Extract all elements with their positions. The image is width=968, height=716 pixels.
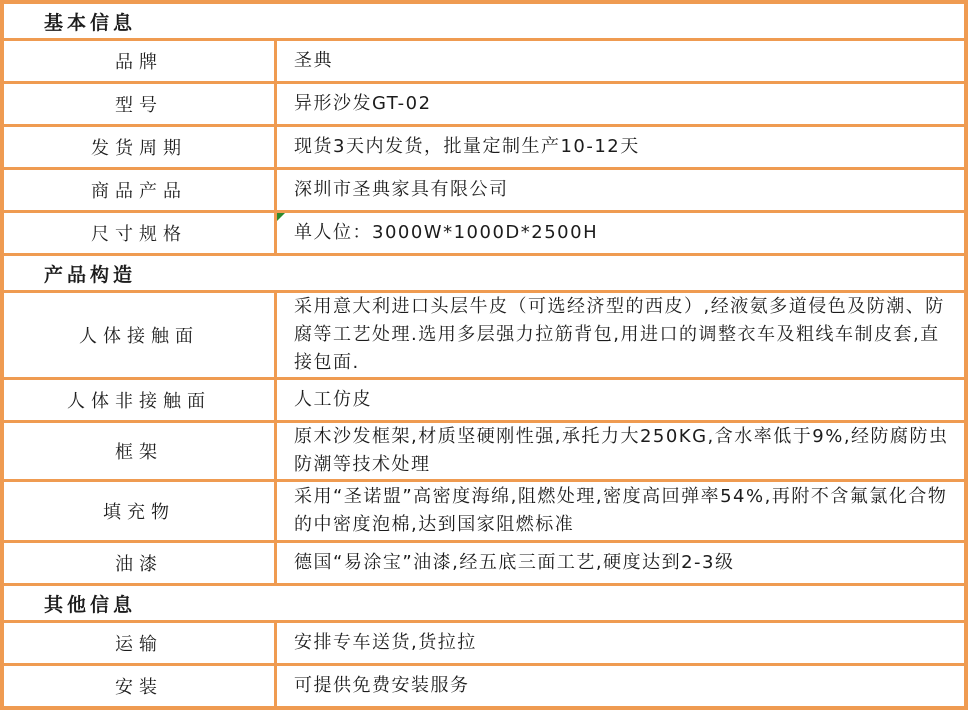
row-value-brand: 圣典 — [277, 41, 964, 81]
row-value-shipping: 安排专车送货,货拉拉 — [277, 623, 964, 663]
row-label-company: 商品产品 — [4, 170, 274, 210]
row-value-company: 深圳市圣典家具有限公司 — [277, 170, 964, 210]
row-label-contact-surface: 人体接触面 — [4, 293, 274, 377]
row-label-delivery-period: 发货周期 — [4, 127, 274, 167]
section-title: 产品构造 — [44, 260, 136, 287]
table-row: 发货周期 现货3天内发货，批量定制生产10-12天 — [4, 127, 964, 167]
row-label-paint: 油漆 — [4, 543, 274, 583]
row-label-shipping: 运输 — [4, 623, 274, 663]
row-value-installation: 可提供免费安装服务 — [277, 666, 964, 706]
table-row: 安装 可提供免费安装服务 — [4, 666, 964, 706]
row-label-dimensions: 尺寸规格 — [4, 213, 274, 253]
table-row: 品牌 圣典 — [4, 41, 964, 81]
row-label-filling: 填充物 — [4, 482, 274, 540]
row-label-frame: 框架 — [4, 423, 274, 479]
table-row: 型号 异形沙发GT-02 — [4, 84, 964, 124]
table-row: 尺寸规格 单人位：3000W*1000D*2500H — [4, 213, 964, 253]
table-row: 运输 安排专车送货,货拉拉 — [4, 623, 964, 663]
table-row: 填充物 采用“圣诺盟”高密度海绵,阻燃处理,密度高回弹率54%,再附不含氟氯化合… — [4, 482, 964, 540]
row-label-brand: 品牌 — [4, 41, 274, 81]
row-label-installation: 安装 — [4, 666, 274, 706]
table-row: 人体接触面 采用意大利进口头层牛皮（可选经济型的西皮）,经液氨多道侵色及防潮、防… — [4, 293, 964, 377]
table-row: 人体非接触面 人工仿皮 — [4, 380, 964, 420]
section-header-construction: 产品构造 — [4, 256, 964, 290]
cell-comment-indicator-icon — [277, 213, 285, 221]
row-value-frame: 原木沙发框架,材质坚硬刚性强,承托力大250KG,含水率低于9%,经防腐防虫防潮… — [277, 423, 964, 479]
section-title: 基本信息 — [44, 8, 136, 35]
row-value-dimensions: 单人位：3000W*1000D*2500H — [277, 213, 964, 253]
table-row: 油漆 德国“易涂宝”油漆,经五底三面工艺,硬度达到2-3级 — [4, 543, 964, 583]
row-label-non-contact-surface: 人体非接触面 — [4, 380, 274, 420]
row-value-contact-surface: 采用意大利进口头层牛皮（可选经济型的西皮）,经液氨多道侵色及防潮、防腐等工艺处理… — [277, 293, 964, 377]
row-label-model: 型号 — [4, 84, 274, 124]
section-header-other-info: 其他信息 — [4, 586, 964, 620]
product-spec-table: 基本信息 品牌 圣典 型号 异形沙发GT-02 发货周期 现货3天内发货，批量定… — [0, 0, 968, 710]
dimensions-text: 单人位：3000W*1000D*2500H — [294, 219, 598, 247]
section-header-basic-info: 基本信息 — [4, 4, 964, 38]
row-value-model: 异形沙发GT-02 — [277, 84, 964, 124]
row-value-delivery-period: 现货3天内发货，批量定制生产10-12天 — [277, 127, 964, 167]
product-spec-sheet: 基本信息 品牌 圣典 型号 异形沙发GT-02 发货周期 现货3天内发货，批量定… — [0, 0, 968, 716]
row-value-filling: 采用“圣诺盟”高密度海绵,阻燃处理,密度高回弹率54%,再附不含氟氯化合物的中密… — [277, 482, 964, 540]
section-title: 其他信息 — [44, 590, 136, 617]
table-row: 商品产品 深圳市圣典家具有限公司 — [4, 170, 964, 210]
table-row: 框架 原木沙发框架,材质坚硬刚性强,承托力大250KG,含水率低于9%,经防腐防… — [4, 423, 964, 479]
row-value-non-contact-surface: 人工仿皮 — [277, 380, 964, 420]
row-value-paint: 德国“易涂宝”油漆,经五底三面工艺,硬度达到2-3级 — [277, 543, 964, 583]
